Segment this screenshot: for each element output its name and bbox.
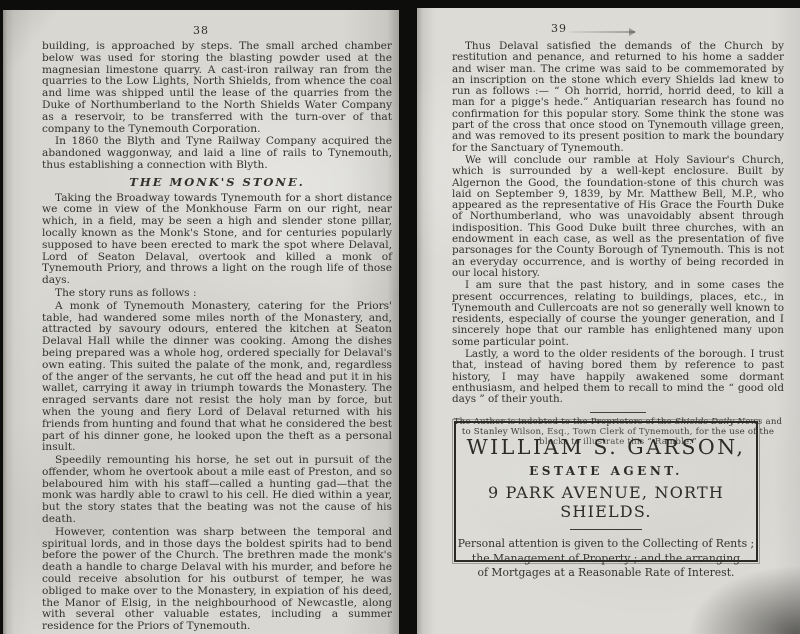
ad-body-line: the Management of Property ; and the arr…	[456, 552, 756, 567]
page-38-body: building, is approached by steps. The sm…	[42, 41, 392, 634]
page-39: 39 Thus Delaval satisfied the demands of…	[417, 8, 800, 634]
page-39-body: Thus Delaval satisfied the demands of th…	[452, 41, 784, 447]
paragraph: Lastly, a word to the older residents of…	[452, 349, 784, 405]
paragraph: Thus Delaval satisfied the demands of th…	[452, 41, 784, 154]
ad-name: WILLIAM S. GARSON,	[456, 435, 756, 459]
paragraph: building, is approached by steps. The sm…	[42, 41, 392, 135]
paragraph: I am sure that the past history, and in …	[452, 280, 784, 348]
monks-stone-heading: THE MONK'S STONE.	[42, 177, 392, 189]
note-divider	[590, 412, 646, 413]
ad-divider	[570, 529, 642, 530]
book-scan: 38 building, is approached by steps. The…	[0, 0, 800, 634]
ad-body-line: Personal attention is given to the Colle…	[456, 537, 756, 552]
page-number-right: 39	[519, 22, 599, 35]
paragraph: A monk of Tynemouth Monastery, catering …	[42, 301, 392, 454]
page-number-left: 38	[161, 24, 241, 37]
pencil-arrow-mark	[569, 31, 635, 33]
paragraph: However, contention was sharp between th…	[42, 527, 392, 633]
ad-address: 9 PARK AVENUE, NORTH SHIELDS.	[456, 483, 756, 521]
page-38: 38 building, is approached by steps. The…	[3, 10, 399, 634]
paragraph: Speedily remounting his horse, he set ou…	[42, 455, 392, 526]
paragraph: The story runs as follows :	[42, 288, 392, 300]
advertisement-garson: WILLIAM S. GARSON, ESTATE AGENT. 9 PARK …	[454, 421, 758, 562]
paragraph: Taking the Broadway towards Tynemouth fo…	[42, 193, 392, 287]
paragraph: In 1860 the Blyth and Tyne Railway Compa…	[42, 136, 392, 171]
paragraph: We will conclude our ramble at Holy Savi…	[452, 155, 784, 279]
ad-role: ESTATE AGENT.	[456, 464, 756, 478]
ad-body-line: of Mortgages at a Reasonable Rate of Int…	[456, 566, 756, 581]
